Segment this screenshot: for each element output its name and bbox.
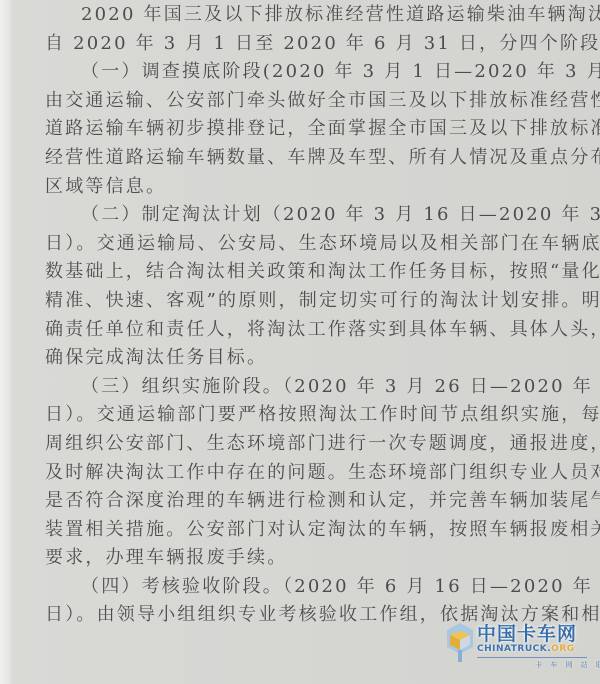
text-line: 要求，办理车辆报废手续。 (45, 544, 535, 573)
text-line: （四）考核验收阶段。（2020 年 6 月 16 日—2020 年 6 月 30 (45, 573, 535, 602)
text-line: 2020 年国三及以下排放标准经营性道路运输柴油车辆淘汰 (45, 1, 535, 30)
text-line: 及时解决淘汰工作中存在的问题。生态环境部门组织专业人员对 (45, 459, 535, 488)
text-line: 精准、快速、客观”的原则，制定切实可行的淘汰计划安排。明 (45, 287, 535, 316)
text-line: 是否符合深度治理的车辆进行检测和认定，并完善车辆加装尾气 (45, 487, 535, 516)
watermark-domain-main: CHINATRUCK. (477, 644, 551, 654)
text-line: 自 2020 年 3 月 1 日至 2020 年 6 月 31 日，分四个阶段进… (45, 30, 535, 59)
text-line: 数基础上，结合淘汰相关政策和淘汰工作任务目标，按照“量化、 (45, 258, 535, 287)
text-line: 日）。交通运输部门要严格按照淘汰工作时间节点组织实施，每 (45, 401, 535, 430)
watermark-title: 中国卡车网 (477, 619, 577, 646)
watermark-tagline: 卡 车 网 站 联 盟 成 员 站 (535, 660, 600, 670)
text-line: 装置相关措施。公安部门对认定淘汰的车辆，按照车辆报废相关 (45, 516, 535, 545)
watermark-divider (477, 657, 587, 658)
watermark-domain: CHINATRUCK.ORG (477, 644, 575, 654)
text-line: （三）组织实施阶段。（2020 年 3 月 26 日—2020 年 6 月 15 (45, 373, 535, 402)
watermark-domain-tld: ORG (551, 644, 574, 654)
text-line: 区域等信息。 (45, 173, 535, 202)
text-line: 确责任单位和责任人，将淘汰工作落实到具体车辆、具体人头， (45, 316, 535, 345)
paper-edge (0, 0, 10, 684)
text-line: 道路运输车辆初步摸排登记，全面掌握全市国三及以下排放标准 (45, 115, 535, 144)
document-body: 2020 年国三及以下排放标准经营性道路运输柴油车辆淘汰自 2020 年 3 月… (45, 1, 535, 630)
text-line: 由交通运输、公安部门牵头做好全市国三及以下排放标准经营性 (45, 87, 535, 116)
text-line: （二）制定淘汰计划（2020 年 3 月 16 日—2020 年 3 月 25 (45, 201, 535, 230)
text-line: （一）调查摸底阶段(2020 年 3 月 1 日—2020 年 3 月 15 日… (45, 58, 535, 87)
text-line: 日）。交通运输局、公安局、生态环境局以及相关部门在车辆底 (45, 230, 535, 259)
text-line: 经营性道路运输车辆数量、车牌及车型、所有人情况及重点分布 (45, 144, 535, 173)
text-line: 周组织公安部门、生态环境部门进行一次专题调度，通报进度， (45, 430, 535, 459)
site-watermark: 中国卡车网 CHINATRUCK.ORG 卡 车 网 站 联 盟 成 员 站 (447, 617, 592, 675)
text-line: 确保完成淘汰任务目标。 (45, 344, 535, 373)
chinatruck-logo-icon (447, 623, 473, 663)
